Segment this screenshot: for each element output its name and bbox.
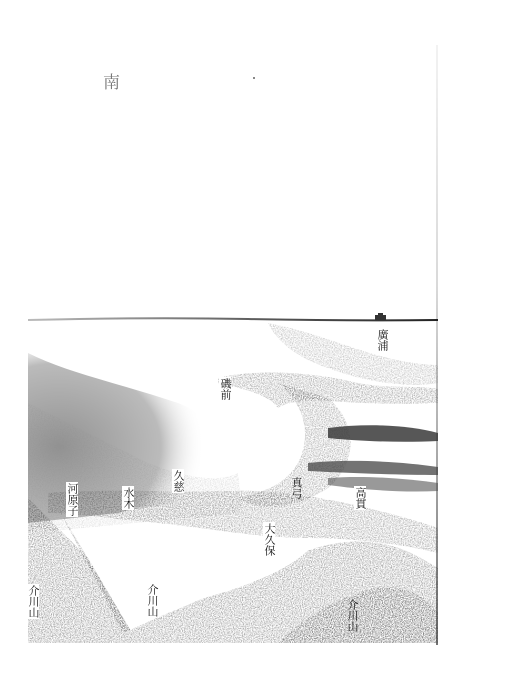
- place-label-kaikawa-center: 介川山: [146, 578, 158, 622]
- landscape-painting: [28, 313, 438, 643]
- place-label-kaikawa-right: 介川山: [346, 596, 358, 634]
- place-label-kuji: 久慈: [172, 469, 184, 493]
- place-label-isomae: 磯前: [219, 377, 231, 401]
- place-label-kawarago: 河原子: [66, 482, 78, 517]
- place-label-mizuki: 水木: [122, 486, 134, 510]
- place-label-okubo: 大久保: [263, 522, 275, 557]
- ink-speck: [253, 77, 255, 79]
- place-label-hirora: 廣浦: [376, 328, 388, 352]
- place-label-kaikawa-left: 介川山: [27, 584, 39, 619]
- place-label-takanuki: 高貫: [354, 486, 366, 510]
- scanned-page: 南: [0, 0, 512, 680]
- place-label-mayumi: 真弓: [290, 476, 302, 500]
- direction-heading: 南: [103, 68, 120, 93]
